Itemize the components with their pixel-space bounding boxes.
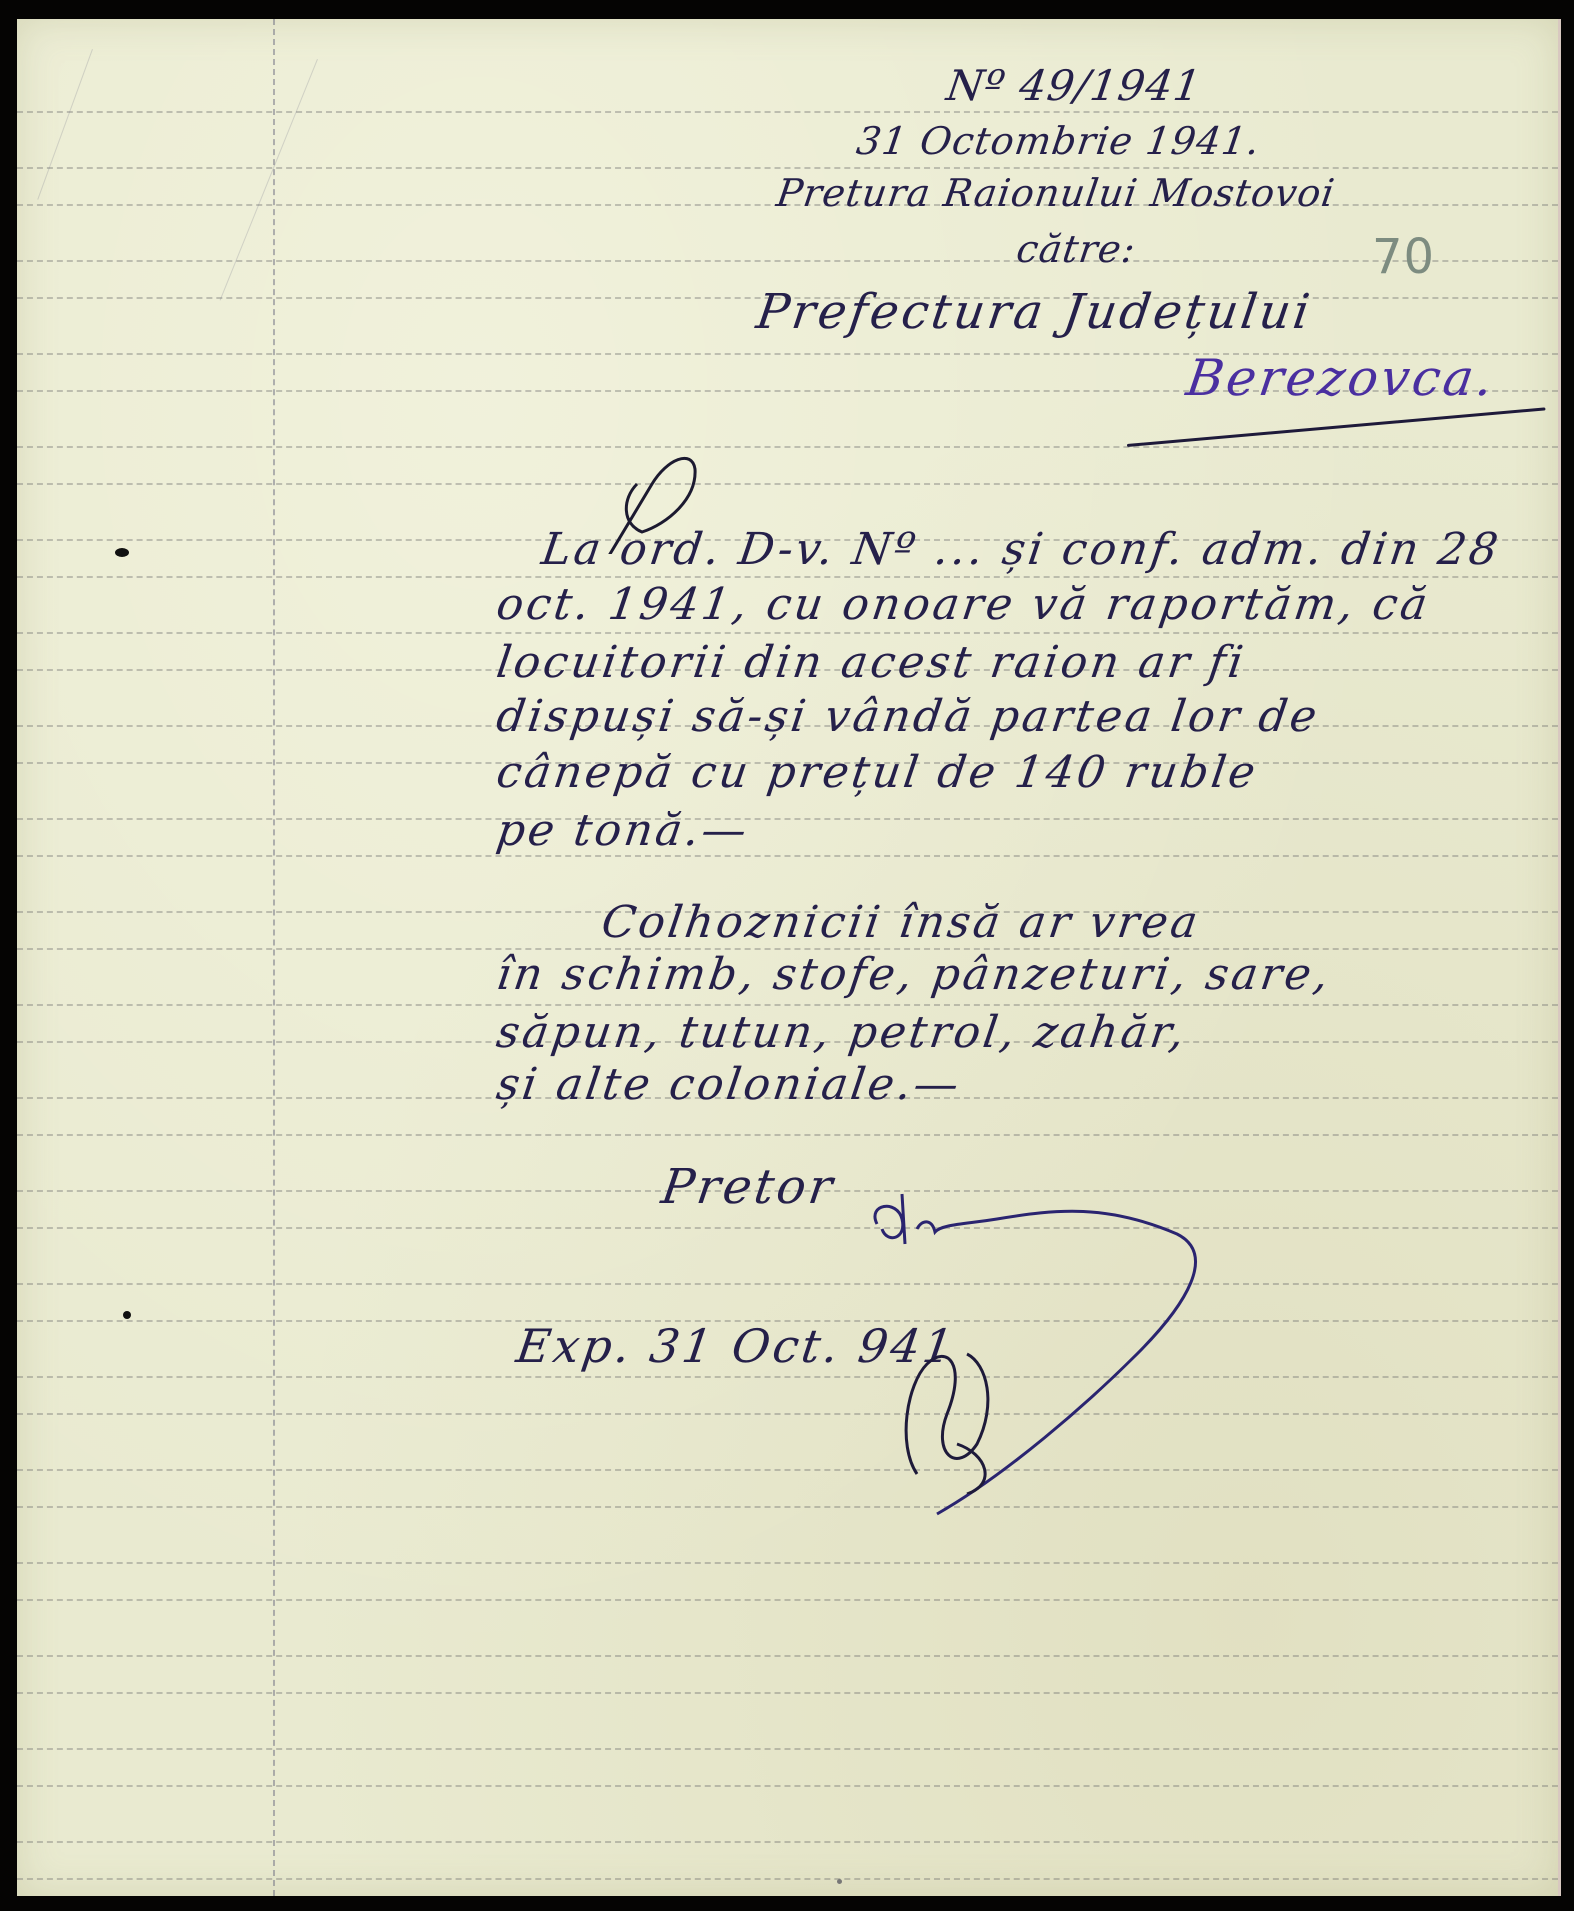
body-line: Colhoznicii însă ar vrea — [598, 897, 1203, 948]
ruled-line — [17, 1878, 1558, 1880]
body-line: pe tonă.— — [493, 805, 752, 856]
body-line: în schimb, stofe, pânzeturi, sare, — [493, 949, 1334, 1000]
ruled-line — [17, 1599, 1558, 1601]
fold-mark — [220, 59, 318, 300]
paper-sheet: Nº 49/1941 31 Octombrie 1941. Pretura Ra… — [17, 19, 1561, 1896]
ruled-line — [17, 1134, 1558, 1136]
ruled-line — [17, 576, 1558, 578]
ruled-line — [17, 818, 1558, 820]
addressee-line-2: Berezovca. — [1183, 349, 1499, 407]
ruled-line — [17, 167, 1558, 169]
ruled-line — [17, 260, 1558, 262]
body-line: și alte coloniale.— — [493, 1059, 964, 1110]
margin-line — [273, 19, 275, 1896]
ruled-line — [17, 1692, 1558, 1694]
initials-mark-icon — [877, 1324, 1017, 1494]
ruled-line — [17, 446, 1558, 448]
body-line: locuitorii din acest raion ar fi — [493, 637, 1249, 688]
ruled-line — [17, 1004, 1558, 1006]
ruled-line — [17, 1785, 1558, 1787]
document-number: Nº 49/1941 — [944, 61, 1205, 110]
body-line: săpun, tutun, petrol, zahăr, — [493, 1007, 1190, 1058]
ruled-line — [17, 855, 1558, 857]
signature-title: Pretor — [658, 1159, 839, 1215]
ink-speck — [837, 1879, 842, 1884]
body-line: La ord. D-v. Nº ... și conf. adm. din 28 — [538, 524, 1503, 575]
ruled-line — [17, 1413, 1558, 1415]
body-line: oct. 1941, cu onoare vă raportăm, că — [493, 579, 1433, 630]
ruled-line — [17, 1283, 1558, 1285]
to-label: către: — [1014, 227, 1139, 271]
body-line: dispuși să-și vândă partea lor de — [493, 691, 1322, 742]
ruled-line — [17, 1748, 1558, 1750]
ruled-line — [17, 1227, 1558, 1229]
ruled-line — [17, 1506, 1558, 1508]
fold-mark — [37, 49, 93, 200]
ink-speck — [123, 1311, 131, 1319]
ruled-line — [17, 1562, 1558, 1564]
folio-number: 70 — [1372, 229, 1435, 285]
body-line: cânepă cu prețul de 140 ruble — [493, 747, 1261, 798]
addressee-underline — [1127, 407, 1546, 447]
document-date: 31 Octombrie 1941. — [854, 119, 1263, 163]
ruled-line — [17, 1376, 1558, 1378]
ruled-line — [17, 483, 1558, 485]
ruled-line — [17, 632, 1558, 634]
addressee-line-1: Prefectura Județului — [753, 284, 1316, 340]
ruled-line — [17, 1469, 1558, 1471]
sender-office: Pretura Raionului Mostovoi — [774, 171, 1338, 215]
ruled-line — [17, 1841, 1558, 1843]
ruled-line — [17, 111, 1558, 113]
ruled-line — [17, 1655, 1558, 1657]
ink-speck — [115, 548, 129, 557]
